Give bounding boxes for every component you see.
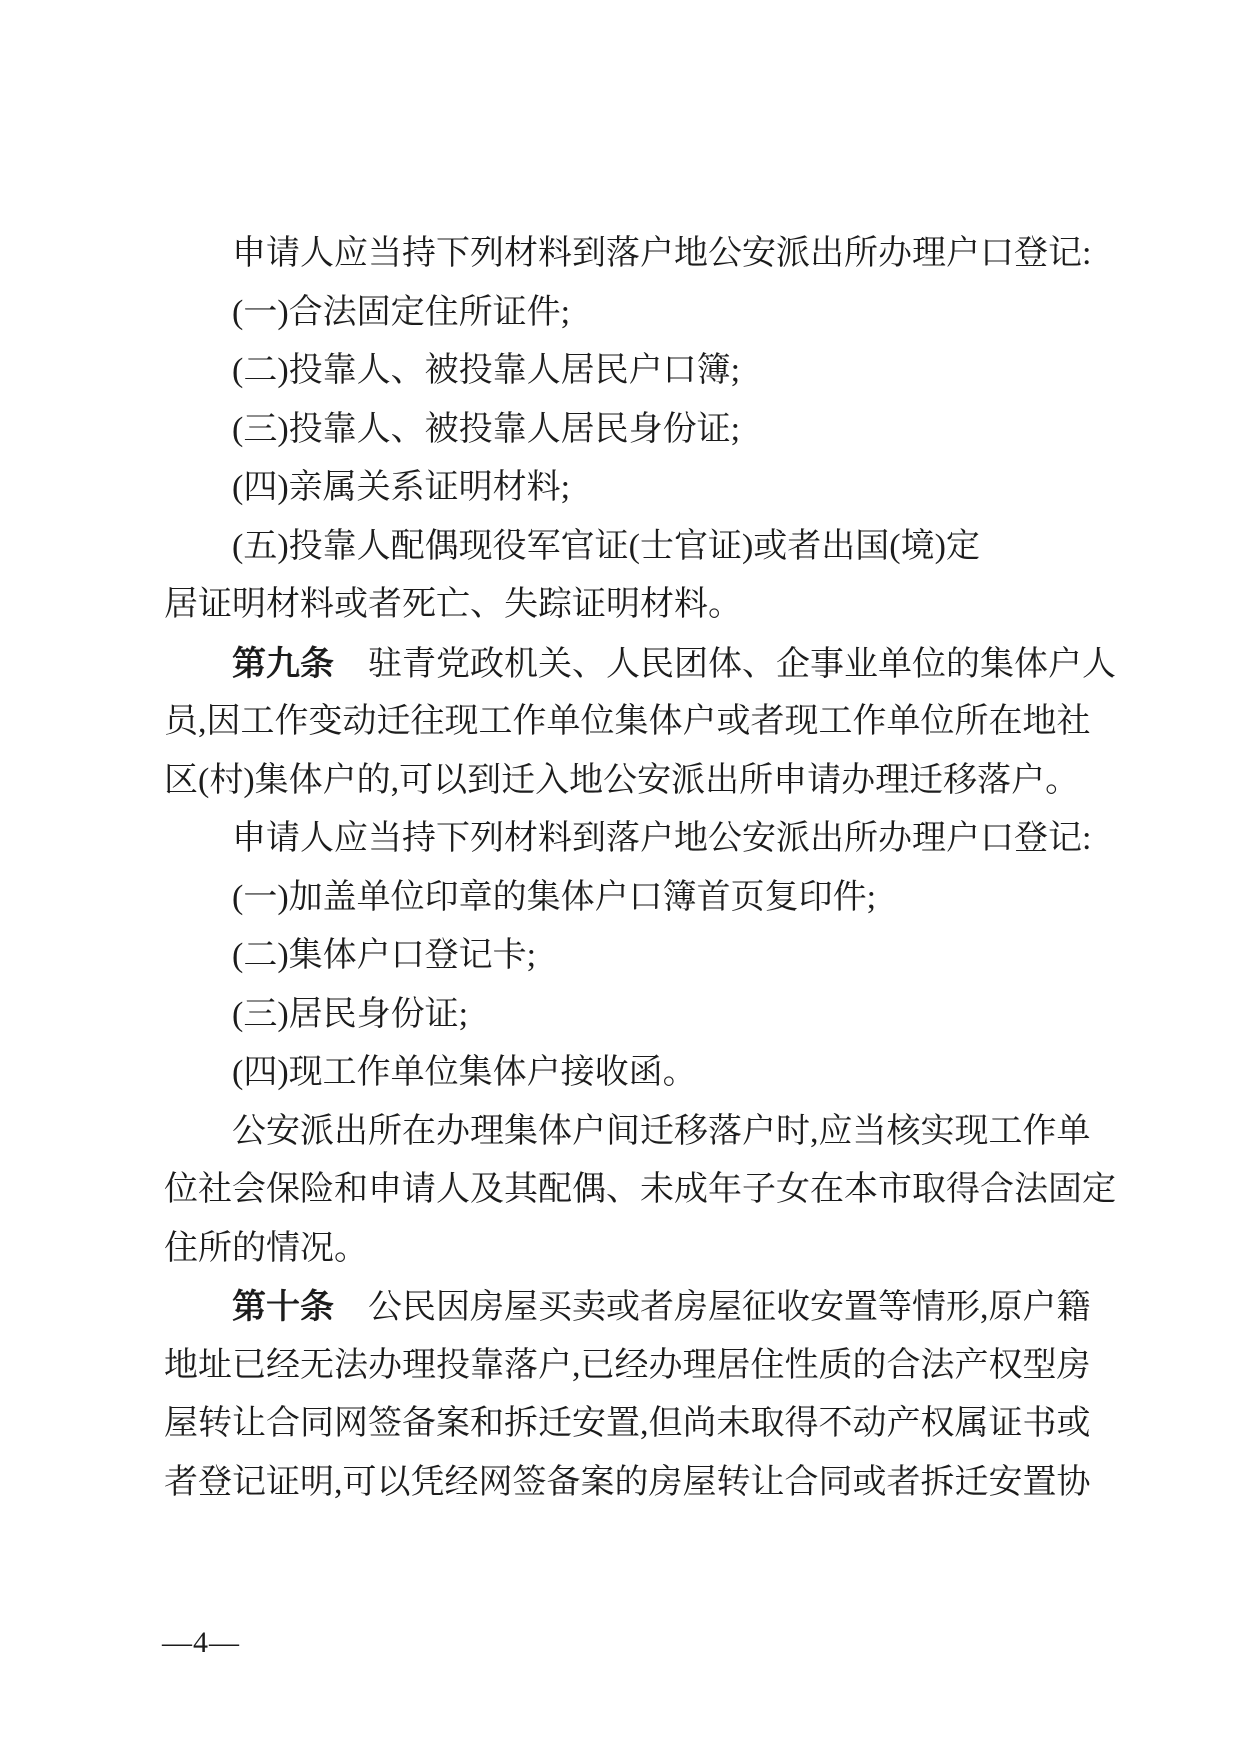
text-run: (一)加盖单位印章的集体户口簿首页复印件;	[232, 879, 876, 916]
text-run: 员,因工作变动迁往现工作单位集体户或者现工作单位所在地社	[164, 703, 1091, 740]
text-run: (一)合法固定住所证件;	[232, 294, 570, 331]
text-line-2: (一)合法固定住所证件;	[164, 284, 1116, 343]
text-line-9: 员,因工作变动迁往现工作单位集体户或者现工作单位所在地社	[164, 693, 1116, 752]
text-run: 住所的情况。	[164, 1230, 368, 1267]
text-run: 申请人应当持下列材料到落户地公安派出所办理户口登记:	[232, 820, 1091, 857]
text-line-15: (四)现工作单位集体户接收函。	[164, 1044, 1116, 1103]
text-run: (五)投靠人配偶现役军官证(士官证)或者出国(境)定	[232, 528, 980, 565]
text-run: (三)投靠人、被投靠人居民身份证;	[232, 411, 740, 448]
article-heading: 第十条	[232, 1288, 334, 1326]
text-run: 公安派出所在办理集体户间迁移落户时,应当核实现工作单	[232, 1113, 1091, 1150]
text-run: (二)集体户口登记卡;	[232, 937, 536, 974]
text-run: (三)居民身份证;	[232, 996, 468, 1033]
text-run: (四)亲属关系证明材料;	[232, 469, 570, 506]
text-line-1: 申请人应当持下列材料到落户地公安派出所办理户口登记:	[164, 225, 1116, 284]
text-run: 公民因房屋买卖或者房屋征收安置等情形,原户籍	[334, 1289, 1091, 1326]
document-page: 申请人应当持下列材料到落户地公安派出所办理户口登记:(一)合法固定住所证件;(二…	[0, 0, 1241, 1755]
text-run: 者登记证明,可以凭经网签备案的房屋转让合同或者拆迁安置协	[164, 1464, 1091, 1501]
text-run: 屋转让合同网签备案和拆迁安置,但尚未取得不动产权属证书或	[164, 1405, 1091, 1442]
text-line-6: (五)投靠人配偶现役军官证(士官证)或者出国(境)定	[164, 518, 1116, 577]
text-line-10: 区(村)集体户的,可以到迁入地公安派出所申请办理迁移落户。	[164, 752, 1116, 811]
article-heading: 第九条	[232, 645, 334, 683]
text-line-7: 居证明材料或者死亡、失踪证明材料。	[164, 576, 1116, 635]
document-body: 申请人应当持下列材料到落户地公安派出所办理户口登记:(一)合法固定住所证件;(二…	[164, 225, 1116, 1512]
text-line-18: 住所的情况。	[164, 1220, 1116, 1279]
text-run: 驻青党政机关、人民团体、企事业单位的集体户人	[334, 646, 1116, 683]
text-line-11: 申请人应当持下列材料到落户地公安派出所办理户口登记:	[164, 810, 1116, 869]
text-line-8: 第九条 驻青党政机关、人民团体、企事业单位的集体户人	[164, 635, 1116, 694]
text-run: 地址已经无法办理投靠落户,已经办理居住性质的合法产权型房	[164, 1347, 1091, 1384]
text-line-4: (三)投靠人、被投靠人居民身份证;	[164, 401, 1116, 460]
text-run: 申请人应当持下列材料到落户地公安派出所办理户口登记:	[232, 235, 1091, 272]
text-line-13: (二)集体户口登记卡;	[164, 927, 1116, 986]
text-line-3: (二)投靠人、被投靠人居民户口簿;	[164, 342, 1116, 401]
text-line-19: 第十条 公民因房屋买卖或者房屋征收安置等情形,原户籍	[164, 1278, 1116, 1337]
text-run: (四)现工作单位集体户接收函。	[232, 1054, 697, 1091]
text-run: 居证明材料或者死亡、失踪证明材料。	[164, 586, 742, 623]
text-line-21: 屋转让合同网签备案和拆迁安置,但尚未取得不动产权属证书或	[164, 1395, 1116, 1454]
text-run: (二)投靠人、被投靠人居民户口簿;	[232, 352, 740, 389]
text-line-20: 地址已经无法办理投靠落户,已经办理居住性质的合法产权型房	[164, 1337, 1116, 1396]
text-line-14: (三)居民身份证;	[164, 986, 1116, 1045]
text-run: 区(村)集体户的,可以到迁入地公安派出所申请办理迁移落户。	[164, 762, 1079, 799]
text-run: 位社会保险和申请人及其配偶、未成年子女在本市取得合法固定	[164, 1171, 1116, 1208]
text-line-16: 公安派出所在办理集体户间迁移落户时,应当核实现工作单	[164, 1103, 1116, 1162]
page-number: —4—	[162, 1626, 240, 1660]
text-line-22: 者登记证明,可以凭经网签备案的房屋转让合同或者拆迁安置协	[164, 1454, 1116, 1513]
text-line-5: (四)亲属关系证明材料;	[164, 459, 1116, 518]
text-line-17: 位社会保险和申请人及其配偶、未成年子女在本市取得合法固定	[164, 1161, 1116, 1220]
text-line-12: (一)加盖单位印章的集体户口簿首页复印件;	[164, 869, 1116, 928]
